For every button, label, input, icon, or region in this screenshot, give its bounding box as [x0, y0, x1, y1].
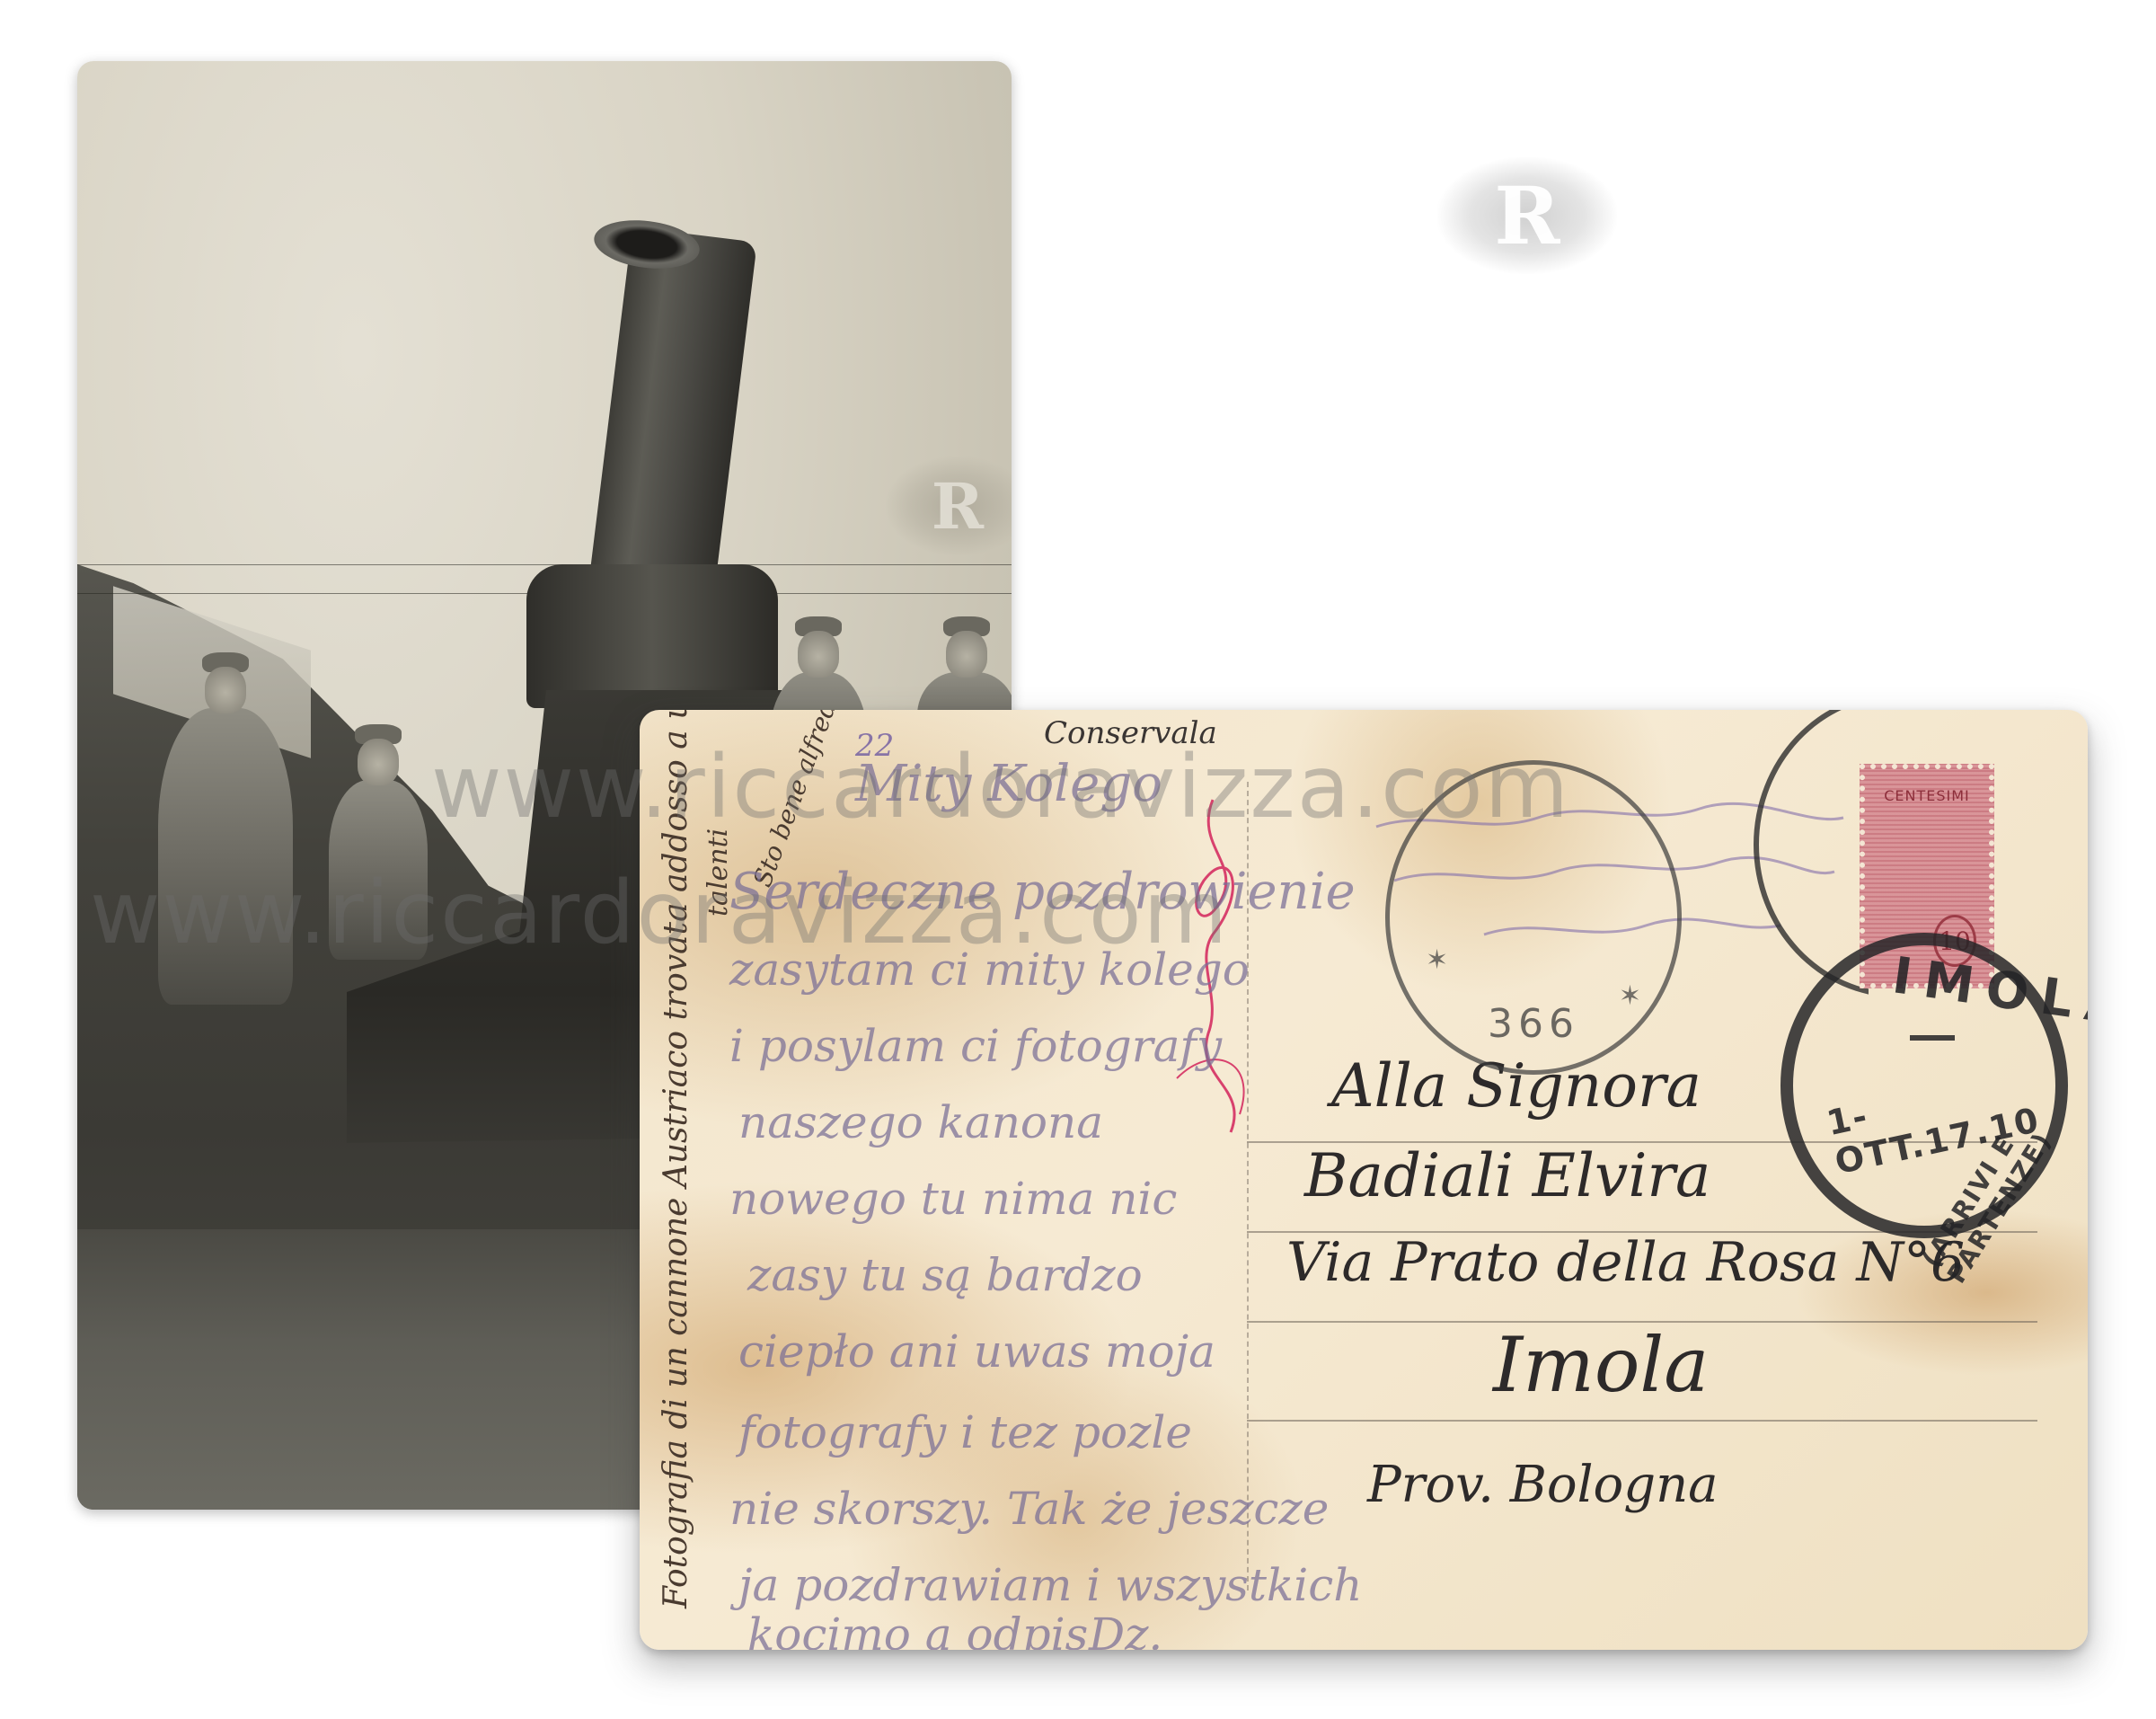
military-postmark: ✶ ✶ 366: [1385, 760, 1682, 1075]
imola-postmark-city: IMOLA: [1889, 946, 2088, 1038]
message-line: nowego tu nima nic: [729, 1173, 1177, 1225]
watermark-logo: R: [886, 456, 1012, 555]
message-line: zasytam ci mity kolego: [729, 944, 1250, 996]
message-line: fotografy i tez pozle: [738, 1406, 1192, 1458]
soldier-head: [358, 739, 399, 785]
soldier-head: [205, 667, 246, 713]
side-note-vertical: Fotografia di un cannone Austriaco trova…: [658, 710, 694, 1608]
message-line: i posylam ci fotografy: [729, 1020, 1222, 1072]
address-province: Prov. Bologna: [1367, 1456, 1719, 1514]
address-city: Imola: [1493, 1321, 1709, 1409]
watermark-logo: R: [1437, 157, 1617, 274]
message-line: nie skorszy. Tak że jeszcze: [729, 1483, 1329, 1535]
censor-note: Conservala: [1044, 715, 1217, 751]
address-rule: [1247, 1420, 2037, 1422]
soldier-seated: [329, 780, 428, 960]
mortar-breech: [526, 564, 778, 708]
watermark-logo-letter: R: [932, 469, 984, 544]
military-postmark-number: 366: [1390, 1001, 1677, 1047]
message-line: Mity Kolego: [855, 755, 1162, 813]
message-line: Serdeczne pozdrowienie: [729, 863, 1356, 921]
message-line: ciepło ani uwas moja: [738, 1325, 1215, 1378]
postmark-bar: [1910, 1035, 1955, 1041]
stamp-text: CENTESIMI: [1879, 787, 1975, 804]
postcard-back: Fotografia di un cannone Austriaco trova…: [640, 710, 2088, 1650]
soldier-head: [946, 631, 987, 678]
message-line: zasy tu są bardzo: [747, 1249, 1143, 1301]
message-line: kocimo a odpis: [747, 1608, 1088, 1650]
message-line: ja pozdrawiam i wszystkich: [738, 1559, 1362, 1611]
telegraph-wire: [77, 564, 1012, 565]
soldier-head: [798, 631, 839, 678]
watermark-logo-letter: R: [1494, 169, 1560, 262]
postmark-star-icon: ✶: [1426, 944, 1448, 976]
address-street: Via Prato della Rosa N°6: [1286, 1231, 1965, 1294]
message-line: naszego kanona: [738, 1096, 1103, 1148]
soldier-left: [158, 708, 293, 1005]
imola-postmark: IMOLA 1-OTT.17.10 (ARRIVI E PARTENZE): [1780, 933, 2068, 1238]
address-name: Badiali Elvira: [1304, 1141, 1710, 1210]
message-line: Dz.: [1089, 1608, 1162, 1650]
